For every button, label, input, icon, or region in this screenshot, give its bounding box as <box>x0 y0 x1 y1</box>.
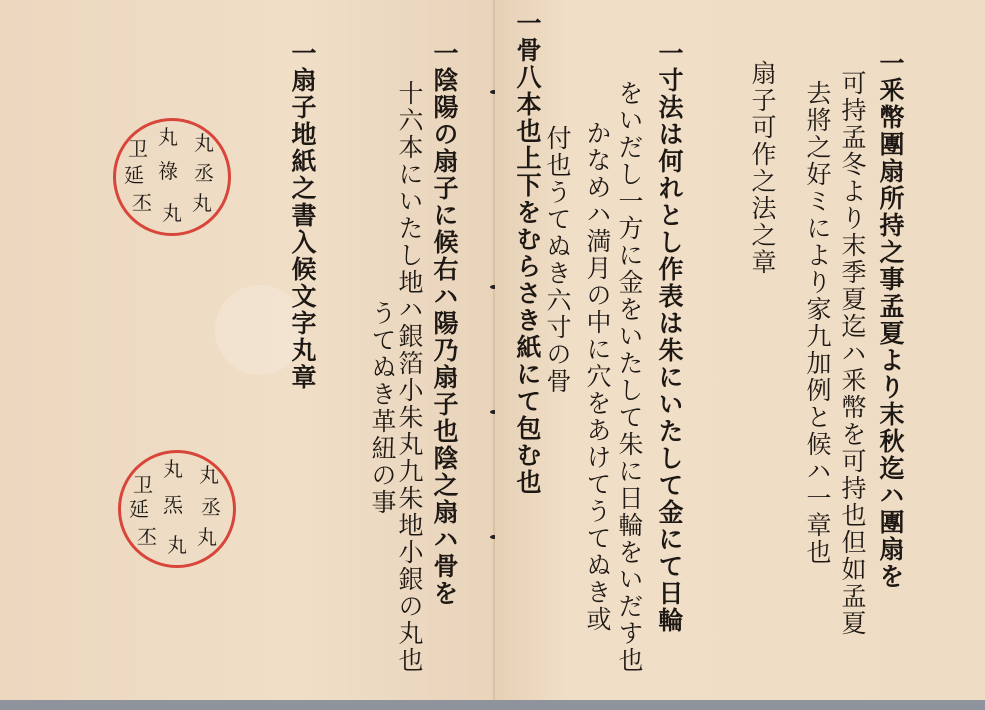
text-column: うてぬき革紐の事 <box>370 300 395 516</box>
text-column: 一骨八本也上下をむらさき紙にて包む也 <box>515 10 540 496</box>
text-column: 扇子可作之法之章 <box>750 60 775 276</box>
text-column: 一釆幣團扇所持之事孟夏より末秋迄ハ團扇を <box>878 50 903 590</box>
text-column: かなめハ満月の中に穴をあけてうてぬき或 <box>585 120 610 633</box>
text-column: 付也うてぬき六寸の骨 <box>545 125 570 395</box>
seal-glyph: 丞 <box>194 163 214 183</box>
seal-glyph: 丸 <box>197 527 217 547</box>
text-column: 去將之好ミにより家九加例と候ハ一章也 <box>805 80 830 566</box>
seal-glyph: 丸 <box>194 133 214 153</box>
seal-glyph: 延 <box>124 165 144 185</box>
seal-glyph: 丸 <box>167 535 187 555</box>
seal-diagram-bottom: 丸 丞 丸 丸 炁 丸 卫 延 丕 <box>118 450 236 568</box>
text-column: 一陰陽の扇子に候右ハ陽乃扇子也陰之扇ハ骨を <box>432 40 457 607</box>
seal-glyph: 卫 <box>133 475 153 495</box>
seal-glyph: 丸 <box>158 127 178 147</box>
seal-glyph: 丕 <box>137 527 157 547</box>
seal-glyph: 炁 <box>163 495 183 515</box>
seal-glyph: 延 <box>129 499 149 519</box>
book-edge <box>0 700 985 710</box>
text-column: 可持孟冬より末季夏迄ハ釆幣を可持也但如孟夏 <box>840 70 865 637</box>
text-column: 十六本にいたし地ハ銀箔小朱丸九朱地小銀の丸也 <box>397 80 422 674</box>
seal-glyph: 卫 <box>128 139 148 159</box>
seal-glyph: 祿 <box>158 161 178 181</box>
manuscript-book: 丸 丞 丸 丸 祿 丸 卫 延 丕 丸 丞 丸 丸 炁 丸 卫 延 丕 一扇子地… <box>0 0 985 700</box>
text-column: をいだし一方に金をいたして朱に日輪をいだす也 <box>617 80 642 674</box>
text-column: 一扇子地紙之書入候文字丸章 <box>290 40 315 391</box>
seal-glyph: 丕 <box>132 193 152 213</box>
seal-glyph: 丞 <box>201 497 221 517</box>
seal-glyph: 丸 <box>162 203 182 223</box>
seal-glyph: 丸 <box>199 465 219 485</box>
right-page: 一骨八本也上下をむらさき紙にて包む也 付也うてぬき六寸の骨 かなめハ満月の中に穴… <box>495 0 985 700</box>
left-page: 丸 丞 丸 丸 祿 丸 卫 延 丕 丸 丞 丸 丸 炁 丸 卫 延 丕 一扇子地… <box>0 0 495 700</box>
seal-diagram-top: 丸 丞 丸 丸 祿 丸 卫 延 丕 <box>113 118 231 236</box>
seal-glyph: 丸 <box>163 459 183 479</box>
seal-glyph: 丸 <box>192 193 212 213</box>
text-column: 一寸法は何れとし作表は朱にいたして金にて日輪 <box>657 40 682 634</box>
